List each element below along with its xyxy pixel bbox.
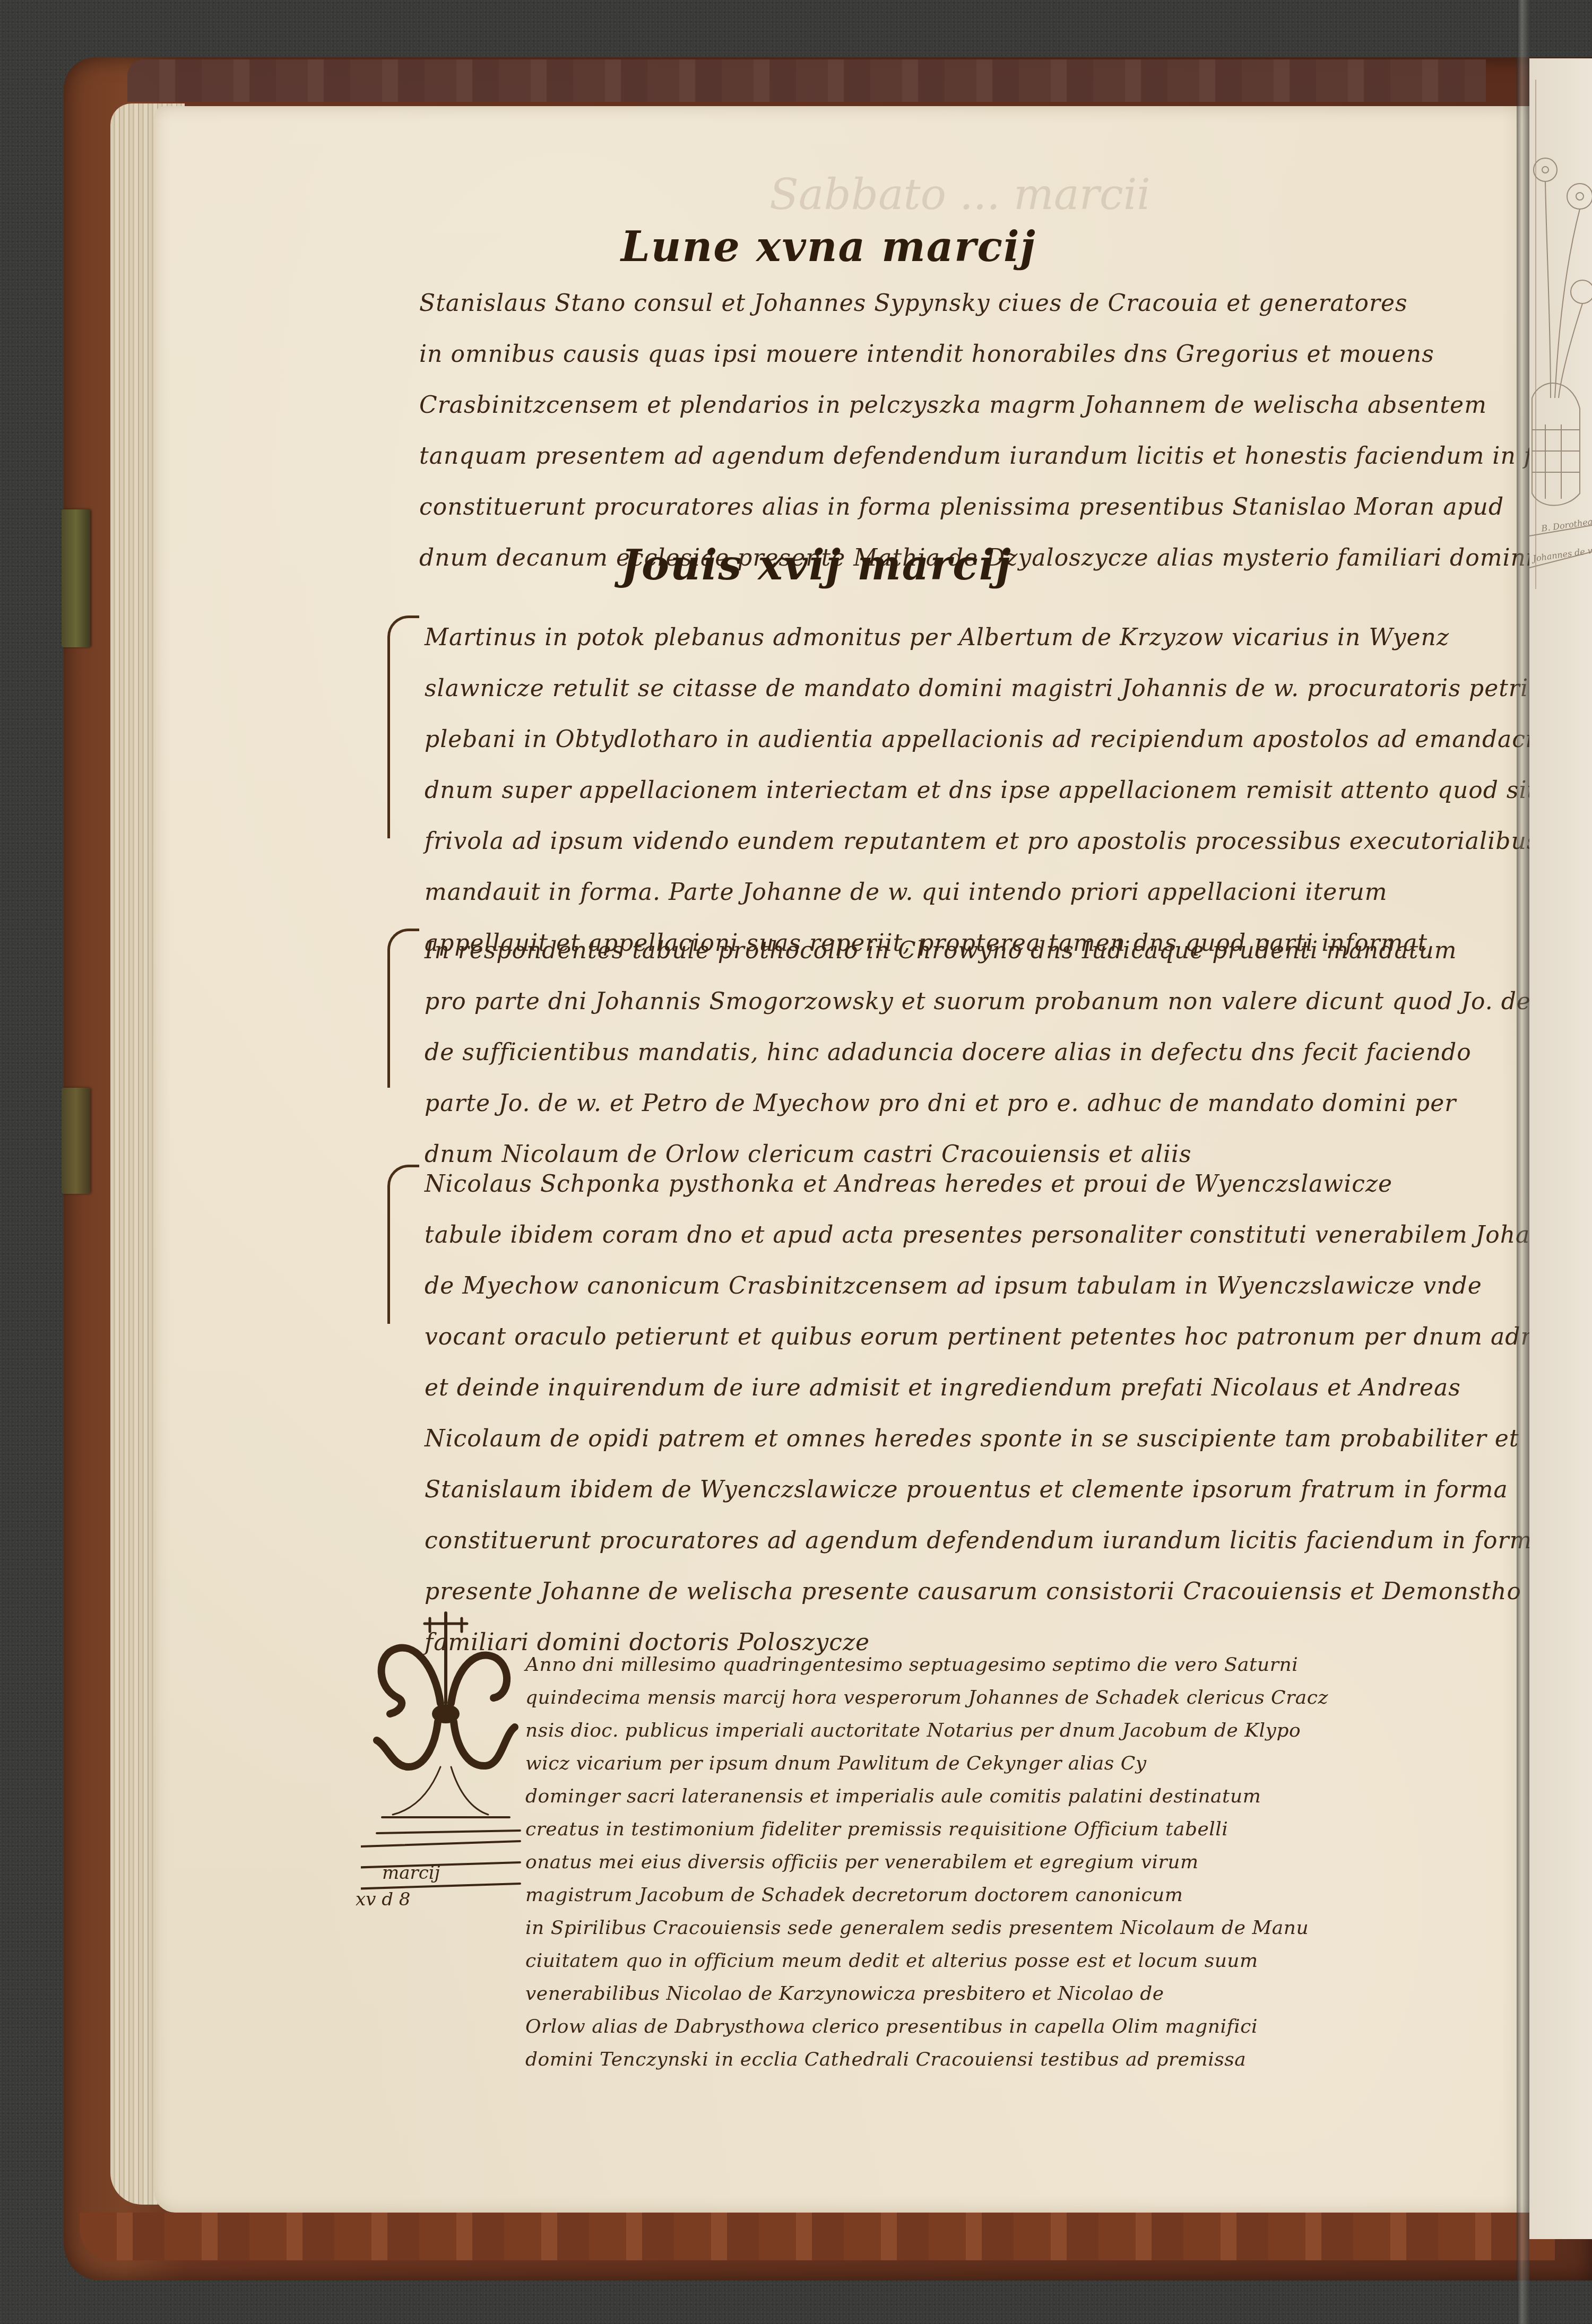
entry-bracket: [387, 929, 419, 1088]
binding-bottom-tooling: [80, 2213, 1555, 2260]
entry-2: Martinus in potok plebanus admonitus per…: [425, 626, 1592, 932]
notarial-sign-fleur-de-lis-icon: [361, 1608, 531, 1905]
facing-page: B. Dorothea Johannes de w.: [1529, 58, 1592, 2239]
entry-1: Stanislaus Stano consul et Johannes Sypy…: [419, 292, 1592, 547]
manuscript-page: Sabbato ... marcii Lune xvna marcij Stan…: [154, 106, 1534, 2213]
entry-bracket: [387, 615, 419, 838]
binding-top-tooling: [127, 59, 1486, 102]
entry-3: In respondentes tabule prothocollo in Ch…: [425, 939, 1560, 1143]
entry-5-notarial-instrument: Anno dni millesimo quadringentesimo sept…: [525, 1655, 1328, 2050]
brass-clasp-lower: [62, 1088, 90, 1194]
date-heading-1: Lune xvna marcij: [621, 223, 1036, 271]
brass-clasp-upper: [62, 509, 90, 647]
notarial-sign-label-1: marcij: [382, 1862, 440, 1884]
date-heading-2: Jouis xvij marcij: [621, 541, 1012, 589]
bleed-through-text: Sabbato ... marcii: [769, 170, 1150, 219]
entry-bracket: [387, 1165, 419, 1324]
entry-4: Nicolaus Schponka pysthonka et Andreas h…: [425, 1173, 1592, 1631]
notarial-sign-label-2: xv d 8: [356, 1889, 410, 1910]
glass-plate-edge: [1517, 0, 1529, 2324]
